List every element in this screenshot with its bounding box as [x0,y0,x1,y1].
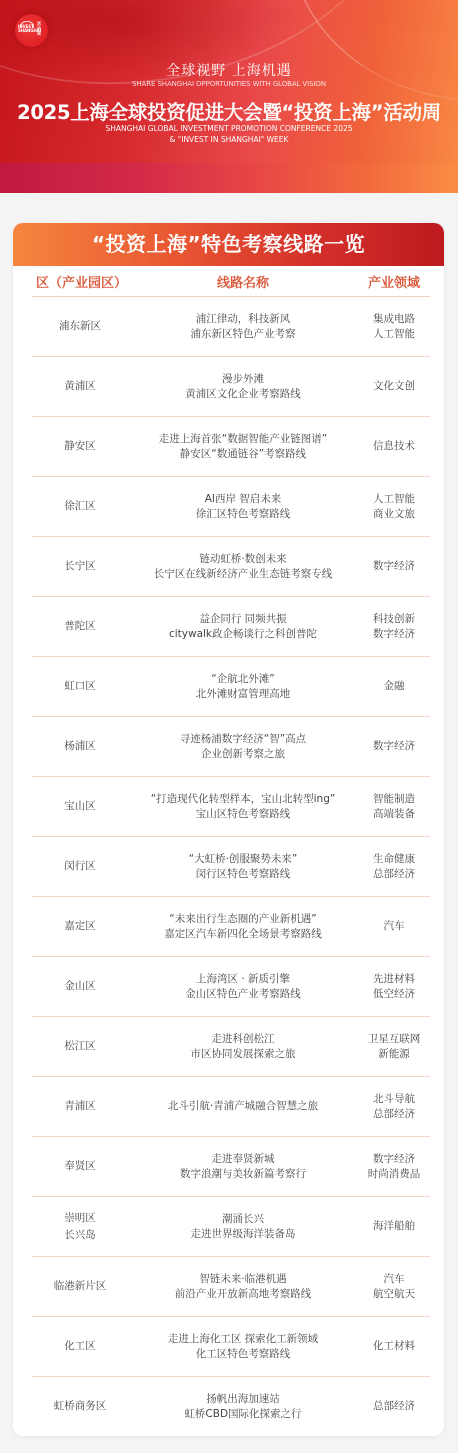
route-cell-line: 链动虹桥·数创未来 [128,552,358,567]
route-cell-line: 走进科创松江 [128,1032,358,1047]
route-cell-line: “未来出行生态圈的产业新机遇” [128,912,358,927]
column-header-district: 区（产业园区） [32,272,128,291]
industry-cell-line: 新能源 [358,1047,430,1062]
route-cell-line: 静安区“数通链谷”考察路线 [128,447,358,462]
route-cell: 寻迹杨浦数字经济“智”高点企业创新考察之旅 [128,732,358,762]
district-cell-line: 浦东新区 [32,318,128,335]
district-cell: 虹口区 [32,678,128,695]
event-title-en: SHANGHAI GLOBAL INVESTMENT PROMOTION CON… [0,123,458,145]
event-banner: INVEST SHANGHAI 活动周 全球视野 上海机遇 SHARE SHAN… [0,0,458,193]
industry-cell-line: 汽车 [358,1272,430,1287]
table-row: 黄浦区漫步外滩黄浦区文化企业考察路线文化文创 [32,357,430,417]
district-cell: 化工区 [32,1338,128,1355]
district-cell-line: 青浦区 [32,1098,128,1115]
district-cell: 嘉定区 [32,918,128,935]
industry-cell-line: 航空航天 [358,1287,430,1302]
table-row: 奉贤区走进奉贤新城数字浪潮与美妆新篇考察行数字经济时尚消费品 [32,1137,430,1197]
district-cell: 虹桥商务区 [32,1398,128,1415]
industry-cell: 生命健康总部经济 [358,852,430,882]
route-cell: “打造现代化转型样本，宝山北转型ing”宝山区特色考察路线 [128,792,358,822]
district-cell: 崇明区长兴岛 [32,1210,128,1244]
industry-cell-line: 信息技术 [358,439,430,454]
route-cell: 北斗引航·青浦产城融合智慧之旅 [128,1099,358,1114]
district-cell-line: 崇明区 [32,1210,128,1227]
table-row: 松江区走进科创松江市区协同发展探索之旅卫星互联网新能源 [32,1017,430,1077]
industry-cell-line: 高端装备 [358,807,430,822]
route-cell: “企航北外滩”北外滩财富管理高地 [128,672,358,702]
table-row: 临港新片区智链未来·临港机遇前沿产业开放新高地考察路线汽车航空航天 [32,1257,430,1317]
route-cell-line: 上海湾区 · 新质引擎 [128,972,358,987]
route-cell-line: 北斗引航·青浦产城融合智慧之旅 [128,1099,358,1114]
industry-cell: 海洋船舶 [358,1219,430,1234]
column-header-route: 线路名称 [128,272,358,291]
district-cell-line: 虹口区 [32,678,128,695]
industry-cell: 总部经济 [358,1399,430,1414]
district-cell-line: 杨浦区 [32,738,128,755]
route-cell-line: 扬帆出海加速站 [128,1392,358,1407]
industry-cell-line: 汽车 [358,919,430,934]
route-cell: 上海湾区 · 新质引擎金山区特色产业考察路线 [128,972,358,1002]
route-cell-line: 金山区特色产业考察路线 [128,987,358,1002]
district-cell-line: 嘉定区 [32,918,128,935]
district-cell: 奉贤区 [32,1158,128,1175]
district-cell-line: 徐汇区 [32,498,128,515]
industry-cell-line: 总部经济 [358,1107,430,1122]
industry-cell-line: 低空经济 [358,987,430,1002]
route-cell: 浦江律动，科技新风浦东新区特色产业考察 [128,312,358,342]
industry-cell-line: 人工智能 [358,492,430,507]
district-cell: 宝山区 [32,798,128,815]
route-cell: 潮涌长兴走进世界级海洋装备岛 [128,1212,358,1242]
industry-cell: 卫星互联网新能源 [358,1032,430,1062]
table-row: 普陀区益企同行 同频共振citywalk政企畅谈行之科创普陀科技创新数字经济 [32,597,430,657]
industry-cell-line: 智能制造 [358,792,430,807]
banner-bottom-band [0,163,458,193]
route-cell-line: 黄浦区文化企业考察路线 [128,387,358,402]
industry-cell-line: 数字经济 [358,627,430,642]
industry-cell: 人工智能商业文旅 [358,492,430,522]
route-cell: 走进上海首张“数据智能产业链图谱”静安区“数通链谷”考察路线 [128,432,358,462]
route-cell-line: 走进上海化工区 探索化工新领域 [128,1332,358,1347]
district-cell: 普陀区 [32,618,128,635]
industry-cell: 智能制造高端装备 [358,792,430,822]
route-cell-line: 智链未来·临港机遇 [128,1272,358,1287]
table-row: 宝山区“打造现代化转型样本，宝山北转型ing”宝山区特色考察路线智能制造高端装备 [32,777,430,837]
table-row: 浦东新区浦江律动，科技新风浦东新区特色产业考察集成电路人工智能 [32,297,430,357]
route-cell-line: 数字浪潮与美妆新篇考察行 [128,1167,358,1182]
route-cell: AI西岸 智启未来徐汇区特色考察路线 [128,492,358,522]
route-cell: 益企同行 同频共振citywalk政企畅谈行之科创普陀 [128,612,358,642]
route-cell-line: AI西岸 智启未来 [128,492,358,507]
route-cell-line: 浦东新区特色产业考察 [128,327,358,342]
district-cell-line: 长宁区 [32,558,128,575]
invest-shanghai-logo-icon: INVEST SHANGHAI 活动周 [15,14,48,47]
logo-text-en: INVEST SHANGHAI [18,25,48,33]
industry-cell: 先进材料低空经济 [358,972,430,1002]
industry-cell: 数字经济 [358,559,430,574]
industry-cell-line: 科技创新 [358,612,430,627]
column-header-industry: 产业领域 [358,272,430,291]
district-cell: 长宁区 [32,558,128,575]
industry-cell: 北斗导航总部经济 [358,1092,430,1122]
district-cell-line: 金山区 [32,978,128,995]
event-title-en-line1: SHANGHAI GLOBAL INVESTMENT PROMOTION CON… [0,123,458,134]
route-cell-line: 走进奉贤新城 [128,1152,358,1167]
industry-cell: 金融 [358,679,430,694]
district-cell-line: 虹桥商务区 [32,1398,128,1415]
district-cell-line: 普陀区 [32,618,128,635]
district-cell-line: 松江区 [32,1038,128,1055]
route-cell: 走进上海化工区 探索化工新领域化工区特色考察路线 [128,1332,358,1362]
route-cell: 智链未来·临港机遇前沿产业开放新高地考察路线 [128,1272,358,1302]
industry-cell: 数字经济时尚消费品 [358,1152,430,1182]
district-cell: 徐汇区 [32,498,128,515]
table-row: 金山区上海湾区 · 新质引擎金山区特色产业考察路线先进材料低空经济 [32,957,430,1017]
route-cell-line: 长宁区在线新经济产业生态链考察专线 [128,567,358,582]
district-cell-line: 宝山区 [32,798,128,815]
industry-cell-line: 海洋船舶 [358,1219,430,1234]
route-cell-line: 走进世界级海洋装备岛 [128,1227,358,1242]
route-cell-line: “企航北外滩” [128,672,358,687]
district-cell: 静安区 [32,438,128,455]
event-title-en-line2: & "INVEST IN SHANGHAI" WEEK [0,134,458,145]
table-header: 区（产业园区） 线路名称 产业领域 [32,266,430,297]
route-cell: “大虹桥·创服聚势未来”闵行区特色考察路线 [128,852,358,882]
route-cell: 漫步外滩黄浦区文化企业考察路线 [128,372,358,402]
card-title: “投资上海”特色考察线路一览 [13,223,444,266]
industry-cell-line: 北斗导航 [358,1092,430,1107]
route-cell-line: 化工区特色考察路线 [128,1347,358,1362]
industry-cell: 信息技术 [358,439,430,454]
industry-cell: 科技创新数字经济 [358,612,430,642]
district-cell-line: 黄浦区 [32,378,128,395]
route-cell-line: 闵行区特色考察路线 [128,867,358,882]
industry-cell: 汽车航空航天 [358,1272,430,1302]
industry-cell: 集成电路人工智能 [358,312,430,342]
routes-card: “投资上海”特色考察线路一览 区（产业园区） 线路名称 产业领域 浦东新区浦江律… [13,223,444,1436]
district-cell: 杨浦区 [32,738,128,755]
industry-cell: 文化文创 [358,379,430,394]
route-cell-line: 潮涌长兴 [128,1212,358,1227]
table-row: 虹口区“企航北外滩”北外滩财富管理高地金融 [32,657,430,717]
table-row: 嘉定区“未来出行生态圈的产业新机遇”嘉定区汽车新四化全场景考察路线汽车 [32,897,430,957]
route-cell-line: “打造现代化转型样本，宝山北转型ing” [128,792,358,807]
district-cell: 金山区 [32,978,128,995]
table-row: 长宁区链动虹桥·数创未来长宁区在线新经济产业生态链考察专线数字经济 [32,537,430,597]
industry-cell: 化工材料 [358,1339,430,1354]
route-cell-line: 虹桥CBD国际化探索之行 [128,1407,358,1422]
route-cell-line: 北外滩财富管理高地 [128,687,358,702]
event-title-cn: 2025上海全球投资促进大会暨“投资上海”活动周 [0,97,458,125]
industry-cell-line: 卫星互联网 [358,1032,430,1047]
industry-cell-line: 生命健康 [358,852,430,867]
route-cell-line: 嘉定区汽车新四化全场景考察路线 [128,927,358,942]
table-row: 静安区走进上海首张“数据智能产业链图谱”静安区“数通链谷”考察路线信息技术 [32,417,430,477]
table-row: 闵行区“大虹桥·创服聚势未来”闵行区特色考察路线生命健康总部经济 [32,837,430,897]
district-cell-line: 奉贤区 [32,1158,128,1175]
industry-cell-line: 数字经济 [358,559,430,574]
industry-cell-line: 数字经济 [358,739,430,754]
route-cell-line: 益企同行 同频共振 [128,612,358,627]
district-cell: 青浦区 [32,1098,128,1115]
district-cell: 松江区 [32,1038,128,1055]
district-cell: 闵行区 [32,858,128,875]
route-cell: 扬帆出海加速站虹桥CBD国际化探索之行 [128,1392,358,1422]
route-cell: 走进奉贤新城数字浪潮与美妆新篇考察行 [128,1152,358,1182]
industry-cell: 汽车 [358,919,430,934]
route-cell: 走进科创松江市区协同发展探索之旅 [128,1032,358,1062]
industry-cell-line: 总部经济 [358,1399,430,1414]
route-cell-line: 浦江律动，科技新风 [128,312,358,327]
district-cell-line: 静安区 [32,438,128,455]
route-cell-line: 前沿产业开放新高地考察路线 [128,1287,358,1302]
route-cell-line: 寻迹杨浦数字经济“智”高点 [128,732,358,747]
table-row: 青浦区北斗引航·青浦产城融合智慧之旅北斗导航总部经济 [32,1077,430,1137]
route-cell-line: 徐汇区特色考察路线 [128,507,358,522]
industry-cell-line: 金融 [358,679,430,694]
table-row: 虹桥商务区扬帆出海加速站虹桥CBD国际化探索之行总部经济 [32,1377,430,1436]
route-cell-line: 宝山区特色考察路线 [128,807,358,822]
industry-cell: 数字经济 [358,739,430,754]
industry-cell-line: 数字经济 [358,1152,430,1167]
route-cell-line: 漫步外滩 [128,372,358,387]
industry-cell-line: 化工材料 [358,1339,430,1354]
district-cell-line: 闵行区 [32,858,128,875]
industry-cell-line: 总部经济 [358,867,430,882]
industry-cell-line: 时尚消费品 [358,1167,430,1182]
district-cell: 黄浦区 [32,378,128,395]
slogan-cn: 全球视野 上海机遇 [0,60,458,80]
route-cell: 链动虹桥·数创未来长宁区在线新经济产业生态链考察专线 [128,552,358,582]
industry-cell-line: 商业文旅 [358,507,430,522]
route-cell-line: 市区协同发展探索之旅 [128,1047,358,1062]
route-cell-line: 走进上海首张“数据智能产业链图谱” [128,432,358,447]
district-cell: 临港新片区 [32,1278,128,1295]
slogan-en: SHARE SHANGHAI OPPORTUNITIES WITH GLOBAL… [0,80,458,88]
route-cell-line: citywalk政企畅谈行之科创普陀 [128,627,358,642]
industry-cell-line: 集成电路 [358,312,430,327]
district-cell-line: 长兴岛 [32,1227,128,1244]
route-cell: “未来出行生态圈的产业新机遇”嘉定区汽车新四化全场景考察路线 [128,912,358,942]
routes-table: 区（产业园区） 线路名称 产业领域 浦东新区浦江律动，科技新风浦东新区特色产业考… [32,266,430,1436]
industry-cell-line: 先进材料 [358,972,430,987]
table-row: 化工区走进上海化工区 探索化工新领域化工区特色考察路线化工材料 [32,1317,430,1377]
table-row: 杨浦区寻迹杨浦数字经济“智”高点企业创新考察之旅数字经济 [32,717,430,777]
route-cell-line: 企业创新考察之旅 [128,747,358,762]
table-row: 徐汇区AI西岸 智启未来徐汇区特色考察路线人工智能商业文旅 [32,477,430,537]
district-cell-line: 临港新片区 [32,1278,128,1295]
district-cell: 浦东新区 [32,318,128,335]
district-cell-line: 化工区 [32,1338,128,1355]
industry-cell-line: 文化文创 [358,379,430,394]
logo-text-cn: 活动周 [37,21,42,36]
industry-cell-line: 人工智能 [358,327,430,342]
route-cell-line: “大虹桥·创服聚势未来” [128,852,358,867]
table-row: 崇明区长兴岛潮涌长兴走进世界级海洋装备岛海洋船舶 [32,1197,430,1257]
